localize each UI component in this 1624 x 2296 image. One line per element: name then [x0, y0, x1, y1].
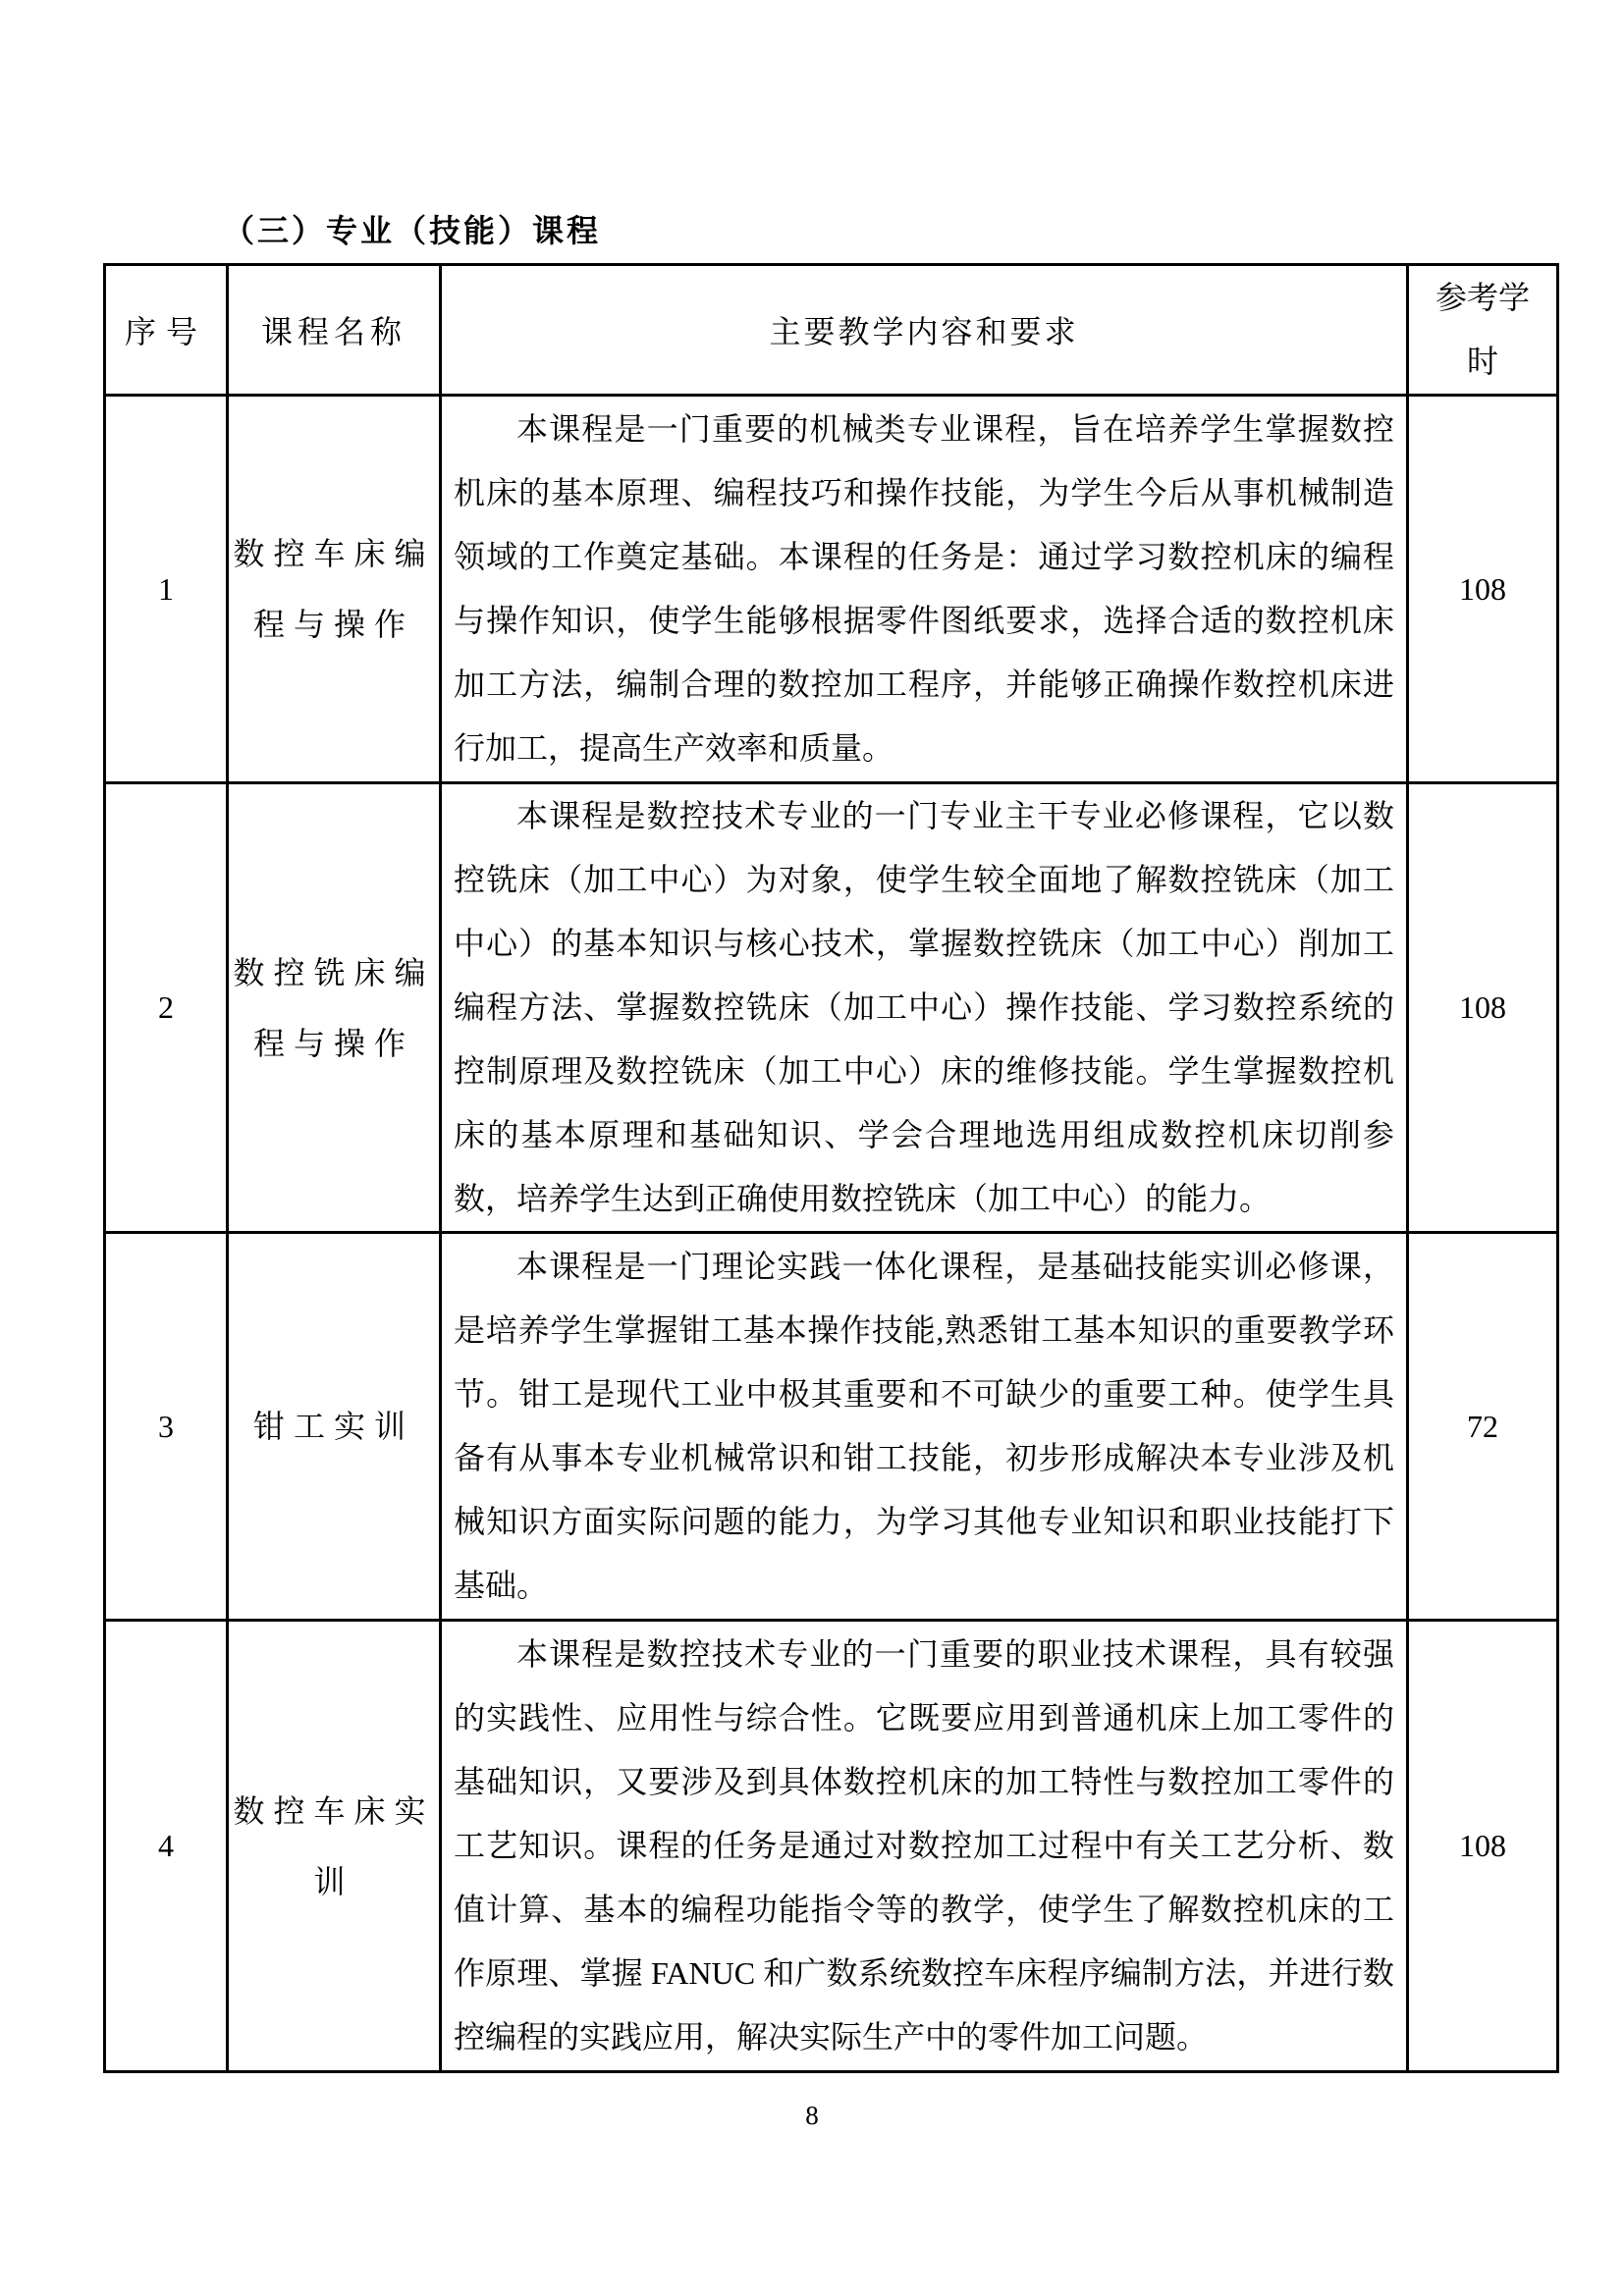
- teaching-content-text: 本课程是一门重要的机械类专业课程，旨在培养学生掌握数控机床的基本原理、编程技巧和…: [454, 398, 1394, 780]
- cell-reference-hours: 72: [1408, 1233, 1558, 1621]
- table-row: 2 数控铣床编程与操作 本课程是数控技术专业的一门专业主干专业必修课程，它以数控…: [105, 783, 1558, 1233]
- course-name-text: 钳工实训: [231, 1391, 437, 1462]
- table-header-row: 序号 课程名称 主要教学内容和要求 参考学时: [105, 265, 1558, 396]
- header-course-name: 课程名称: [228, 265, 441, 396]
- cell-course-name: 数控车床实训: [228, 1621, 441, 2072]
- cell-course-name: 钳工实训: [228, 1233, 441, 1621]
- cell-index: 1: [105, 396, 228, 783]
- course-name-text: 数控车床实训: [231, 1776, 437, 1917]
- header-reference-hours: 参考学时: [1408, 265, 1558, 396]
- page-number: 8: [0, 2101, 1624, 2131]
- courses-table: 序号 课程名称 主要教学内容和要求 参考学时 1 数控车床编程与操作 本课程是一…: [103, 263, 1559, 2073]
- teaching-content-text: 本课程是一门理论实践一体化课程，是基础技能实训必修课，是培养学生掌握钳工基本操作…: [454, 1235, 1394, 1618]
- cell-index: 3: [105, 1233, 228, 1621]
- document-page: { "page": { "section_title": "（三）专业（技能）课…: [0, 0, 1624, 2296]
- cell-index: 4: [105, 1621, 228, 2072]
- cell-reference-hours: 108: [1408, 783, 1558, 1233]
- cell-teaching-content: 本课程是数控技术专业的一门重要的职业技术课程，具有较强的实践性、应用性与综合性。…: [441, 1621, 1408, 2072]
- section-title: （三）专业（技能）课程: [223, 206, 601, 251]
- header-reference-hours-label: 参考学时: [1433, 266, 1533, 394]
- cell-course-name: 数控铣床编程与操作: [228, 783, 441, 1233]
- course-name-text: 数控铣床编程与操作: [231, 937, 437, 1079]
- cell-course-name: 数控车床编程与操作: [228, 396, 441, 783]
- cell-teaching-content: 本课程是数控技术专业的一门专业主干专业必修课程，它以数控铣床（加工中心）为对象，…: [441, 783, 1408, 1233]
- teaching-content-text: 本课程是数控技术专业的一门重要的职业技术课程，具有较强的实践性、应用性与综合性。…: [454, 1623, 1394, 2069]
- cell-index: 2: [105, 783, 228, 1233]
- header-index: 序号: [105, 265, 228, 396]
- cell-reference-hours: 108: [1408, 396, 1558, 783]
- table-row: 4 数控车床实训 本课程是数控技术专业的一门重要的职业技术课程，具有较强的实践性…: [105, 1621, 1558, 2072]
- table-row: 1 数控车床编程与操作 本课程是一门重要的机械类专业课程，旨在培养学生掌握数控机…: [105, 396, 1558, 783]
- table-row: 3 钳工实训 本课程是一门理论实践一体化课程，是基础技能实训必修课，是培养学生掌…: [105, 1233, 1558, 1621]
- teaching-content-text: 本课程是数控技术专业的一门专业主干专业必修课程，它以数控铣床（加工中心）为对象，…: [454, 784, 1394, 1231]
- cell-reference-hours: 108: [1408, 1621, 1558, 2072]
- cell-teaching-content: 本课程是一门理论实践一体化课程，是基础技能实训必修课，是培养学生掌握钳工基本操作…: [441, 1233, 1408, 1621]
- cell-teaching-content: 本课程是一门重要的机械类专业课程，旨在培养学生掌握数控机床的基本原理、编程技巧和…: [441, 396, 1408, 783]
- course-name-text: 数控车床编程与操作: [231, 518, 437, 660]
- header-teaching-content: 主要教学内容和要求: [441, 265, 1408, 396]
